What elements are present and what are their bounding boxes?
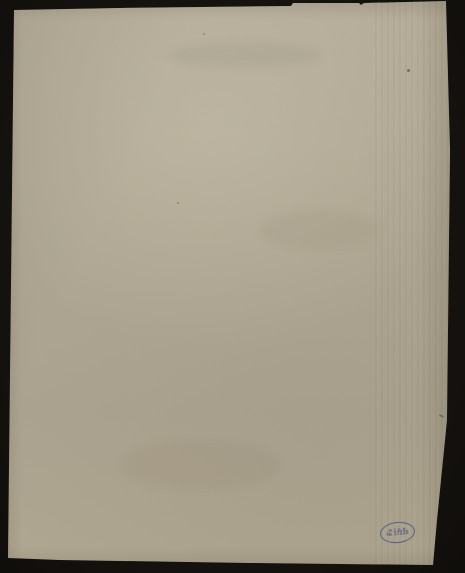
paper-speck — [407, 69, 410, 72]
paper-smudge — [170, 42, 320, 68]
paper-fibre-streaks — [375, 0, 455, 573]
paper-smudge — [120, 440, 280, 490]
paper-speck — [203, 33, 205, 35]
paper-smudge — [260, 210, 380, 250]
paper-sheet: M.T.G.R № 17235 — [0, 0, 465, 573]
paper-speck — [177, 202, 179, 204]
scan-background: M.T.G.R № 17235 — [0, 0, 465, 573]
stamp-number: № 17235 — [386, 531, 409, 539]
